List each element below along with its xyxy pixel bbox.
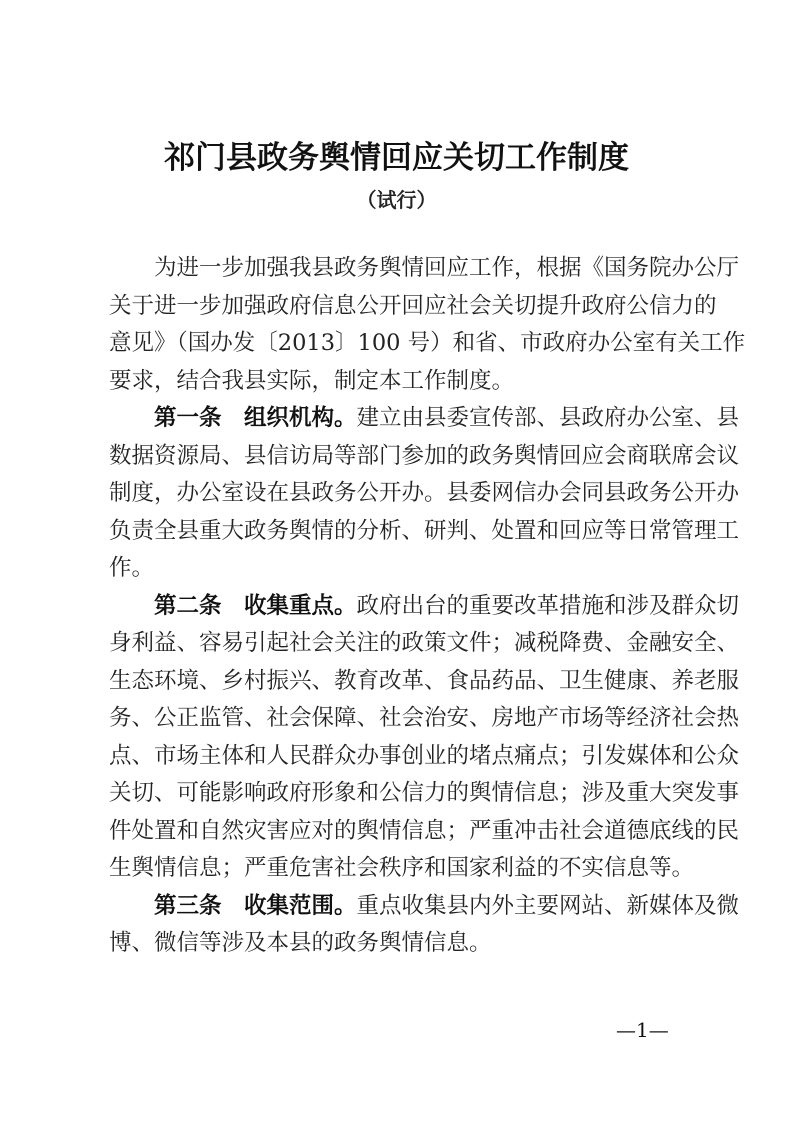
article-line: 点、市场主体和人民群众办事创业的堵点痛点；引发媒体和公众 xyxy=(109,739,701,773)
article-text: 重点收集县内外主要网站、新媒体及微 xyxy=(357,893,740,919)
article-number: 第二条 xyxy=(154,593,222,619)
article-line: 作。 xyxy=(109,551,701,585)
article-line: 生态环境、乡村振兴、教育改革、食品药品、卫生健康、养老服 xyxy=(109,664,701,698)
page-number: —1— xyxy=(616,1016,669,1044)
document-page: 祁门县政务舆情回应关切工作制度 （试行） 为进一步加强我县政务舆情回应工作，根据… xyxy=(0,0,793,1122)
article-line: 关切、可能影响政府形象和公信力的舆情信息；涉及重大突发事 xyxy=(109,776,701,810)
article-number: 第一条 xyxy=(154,405,222,431)
article-line: 务、公正监管、社会保障、社会治安、房地产市场等经济社会热 xyxy=(109,701,701,735)
preamble-line: 为进一步加强我县政务舆情回应工作，根据《国务院办公厅 xyxy=(154,251,701,285)
preamble-line: 要求，结合我县实际，制定本工作制度。 xyxy=(109,364,701,398)
preamble-line: 意见》（国办发〔2013〕100 号）和省、市政府办公室有关工作 xyxy=(109,326,701,360)
article-text: 政府出台的重要改革措施和涉及群众切 xyxy=(357,593,740,619)
article-line: 负责全县重大政务舆情的分析、研判、处置和回应等日常管理工 xyxy=(109,514,701,548)
article-heading: 组织机构。 xyxy=(244,405,357,431)
article-heading: 收集范围。 xyxy=(244,893,357,919)
article-line: 生舆情信息；严重危害社会秩序和国家利益的不实信息等。 xyxy=(109,851,701,885)
preamble-line: 关于进一步加强政府信息公开回应社会关切提升政府公信力的 xyxy=(109,289,701,323)
article-heading: 收集重点。 xyxy=(244,593,357,619)
article-3-first-line: 第三条 收集范围。重点收集县内外主要网站、新媒体及微 xyxy=(154,889,701,923)
article-1-first-line: 第一条 组织机构。建立由县委宣传部、县政府办公室、县 xyxy=(154,401,701,435)
article-line: 制度，办公室设在县政务公开办。县委网信办会同县政务公开办 xyxy=(109,476,701,510)
article-line: 身利益、容易引起社会关注的政策文件；减税降费、金融安全、 xyxy=(109,626,701,660)
document-title: 祁门县政务舆情回应关切工作制度 xyxy=(0,138,793,178)
article-number: 第三条 xyxy=(154,893,222,919)
article-line: 数据资源局、县信访局等部门参加的政务舆情回应会商联席会议 xyxy=(109,439,701,473)
document-subtitle: （试行） xyxy=(0,186,793,214)
article-line: 博、微信等涉及本县的政务舆情信息。 xyxy=(109,926,701,960)
article-line: 件处置和自然灾害应对的舆情信息；严重冲击社会道德底线的民 xyxy=(109,814,701,848)
article-2-first-line: 第二条 收集重点。政府出台的重要改革措施和涉及群众切 xyxy=(154,589,701,623)
article-text: 建立由县委宣传部、县政府办公室、县 xyxy=(357,405,740,431)
